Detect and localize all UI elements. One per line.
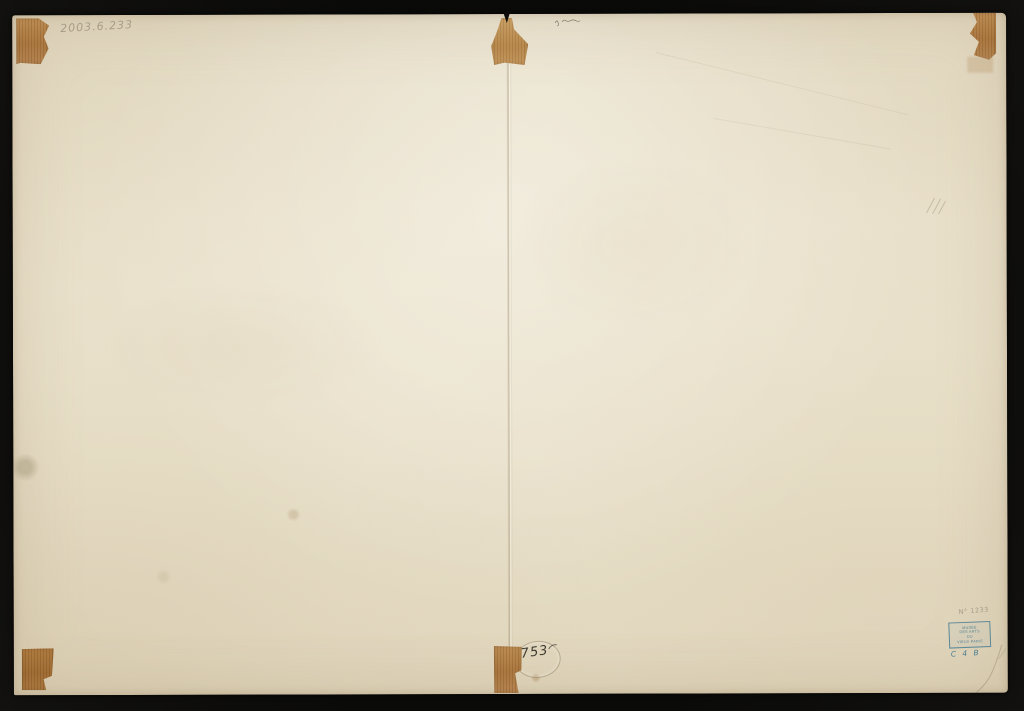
tape-stain-top-right: [967, 57, 993, 73]
tape-remnant-bottom-left: [22, 648, 54, 690]
ink-notation-top-center: [553, 17, 583, 27]
photo-background: 2003.6.233 753 N° 1233 MUSÉE DES ARTS DU…: [0, 0, 1024, 711]
inscription-pencil-number: N° 1233: [958, 605, 989, 616]
surface-crease: [656, 52, 909, 115]
tape-remnant-top-center: [491, 18, 528, 65]
inscription-accession-number: 2003.6.233: [60, 18, 134, 35]
corner-crease-bottom-right: [972, 643, 1012, 695]
pencil-mark-right-edge: [923, 195, 951, 217]
paper-sheet: 2003.6.233 753 N° 1233 MUSÉE DES ARTS DU…: [12, 13, 1008, 696]
tape-remnant-top-right: [964, 13, 996, 60]
surface-crease: [714, 118, 892, 150]
tape-remnant-bottom-center: [494, 646, 522, 693]
center-fold-crease: [506, 22, 513, 690]
tape-remnant-top-left: [16, 18, 49, 64]
plate-number-flourish: [548, 643, 558, 651]
